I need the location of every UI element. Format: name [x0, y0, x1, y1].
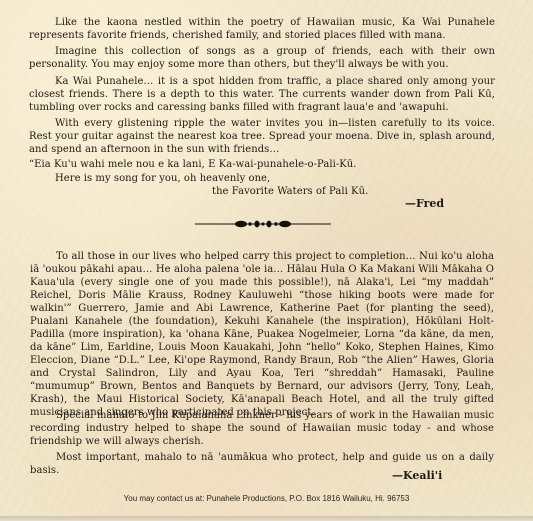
translation-line-1: Here is my song for you, oh heavenly one… [55, 172, 475, 185]
contact-info: You may contact us at: Punahele Producti… [0, 494, 533, 503]
liner-notes-page: Like the kaona nestled within the poetry… [0, 0, 533, 521]
special-mahalo-paragraph: Special mahalo to Jim Kupaianaha Linkner… [30, 409, 494, 448]
page-bottom-edge [0, 516, 533, 521]
intro-paragraph-4: With every glistening ripple the water i… [29, 117, 495, 156]
signature-fred: —Fred [405, 197, 444, 210]
translation-line-2: the Favorite Waters of Pali Kū. [212, 185, 512, 198]
signature-kealii: —Keali'i [392, 469, 442, 482]
intro-paragraph-2: Imagine this collection of songs as a gr… [29, 45, 495, 71]
hawaiian-quote: “Eia Ku'u wahi mele nou e ka lani, E Ka-… [29, 158, 495, 171]
intro-paragraph-3: Ka Wai Punahele… it is a spot hidden fro… [29, 75, 495, 114]
decorative-divider-icon [195, 219, 331, 229]
acknowledgements-paragraph: To all those in our lives who helped car… [30, 250, 494, 419]
intro-paragraph-1: Like the kaona nestled within the poetry… [29, 16, 495, 42]
